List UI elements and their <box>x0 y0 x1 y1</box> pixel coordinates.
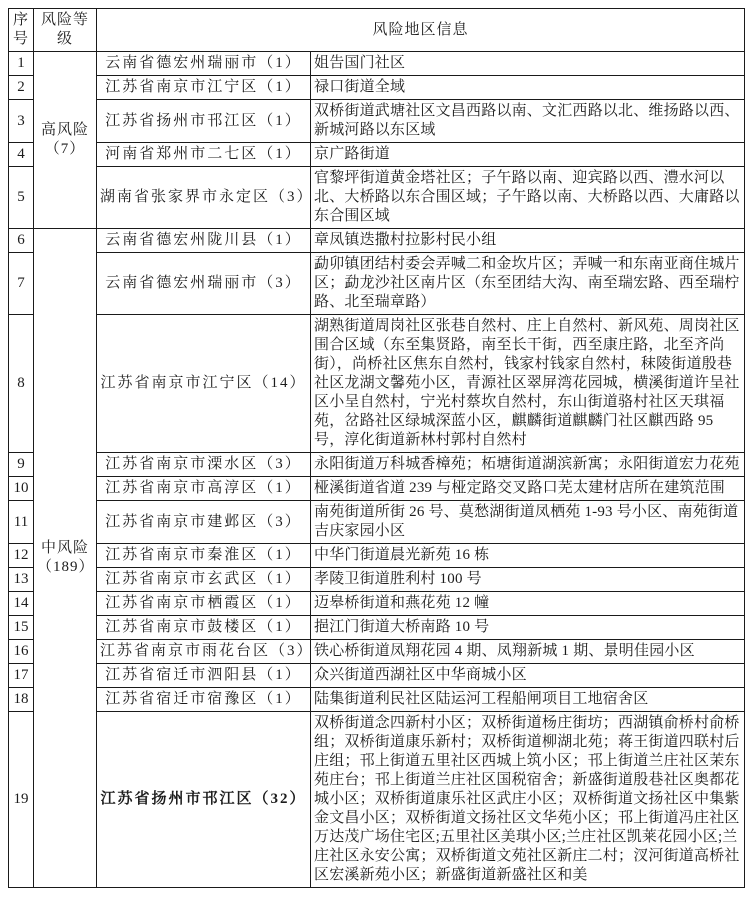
risk-area-detail-cell: 南苑街道所街 26 号、莫愁湖街道凤栖苑 1-93 号小区、南苑街道吉庆家园小区 <box>311 501 745 544</box>
risk-level-cell-mid: 中风险 （189） <box>34 229 97 888</box>
risk-area-detail-cell: 众兴街道西湖社区中华商城小区 <box>311 664 745 688</box>
serial-number-cell: 3 <box>9 100 34 143</box>
region-name-cell: 云南省德宏州陇川县（1） <box>97 229 311 253</box>
region-name-cell: 江苏省南京市雨花台区（3） <box>97 640 311 664</box>
table-row: 16江苏省南京市雨花台区（3）铁心桥街道凤翔花园 4 期、凤翔新城 1 期、景明… <box>9 640 745 664</box>
risk-area-detail-cell: 官黎坪街道黄金塔社区；子午路以南、迎宾路以西、澧水河以北、大桥路以东合围区域；子… <box>311 167 745 229</box>
risk-area-detail-cell: 湖熟街道周岗社区张巷自然村、庄上自然村、新风苑、周岗社区围合区域（东至集贤路，南… <box>311 315 745 453</box>
region-name-cell: 江苏省南京市高淳区（1） <box>97 477 311 501</box>
region-name-cell: 江苏省南京市江宁区（14） <box>97 315 311 453</box>
serial-number-cell: 6 <box>9 229 34 253</box>
risk-area-detail-cell: 陆集街道利民社区陆运河工程船闸项目工地宿舍区 <box>311 688 745 712</box>
table-row: 13江苏省南京市玄武区（1）孝陵卫街道胜利村 100 号 <box>9 568 745 592</box>
serial-number-cell: 12 <box>9 544 34 568</box>
region-name-cell: 云南省德宏州瑞丽市（3） <box>97 253 311 315</box>
header-risk-area-info: 风险地区信息 <box>97 9 745 52</box>
risk-area-detail-cell: 中华门街道晨光新苑 16 栋 <box>311 544 745 568</box>
risk-area-detail-cell: 禄口街道全域 <box>311 76 745 100</box>
risk-area-detail-cell: 孝陵卫街道胜利村 100 号 <box>311 568 745 592</box>
serial-number-cell: 19 <box>9 712 34 888</box>
risk-area-detail-cell: 挹江门街道大桥南路 10 号 <box>311 616 745 640</box>
serial-number-cell: 18 <box>9 688 34 712</box>
risk-area-detail-cell: 姐告国门社区 <box>311 52 745 76</box>
table-row: 18江苏省宿迁市宿豫区（1）陆集街道利民社区陆运河工程船闸项目工地宿舍区 <box>9 688 745 712</box>
serial-number-cell: 1 <box>9 52 34 76</box>
region-name-cell: 江苏省南京市鼓楼区（1） <box>97 616 311 640</box>
serial-number-cell: 10 <box>9 477 34 501</box>
region-name-cell: 江苏省南京市江宁区（1） <box>97 76 311 100</box>
serial-number-cell: 11 <box>9 501 34 544</box>
region-name-cell: 江苏省南京市栖霞区（1） <box>97 592 311 616</box>
table-row: 2江苏省南京市江宁区（1）禄口街道全域 <box>9 76 745 100</box>
serial-number-cell: 9 <box>9 453 34 477</box>
region-name-cell: 江苏省扬州市邗江区（1） <box>97 100 311 143</box>
serial-number-cell: 16 <box>9 640 34 664</box>
risk-area-table: 序号 风险等级 风险地区信息 1高风险 （7）云南省德宏州瑞丽市（1）姐告国门社… <box>8 8 745 888</box>
table-row: 9江苏省南京市溧水区（3）永阳街道万科城香樟苑；柘塘街道湖滨新寓；永阳街道宏力花… <box>9 453 745 477</box>
table-row: 12江苏省南京市秦淮区（1）中华门街道晨光新苑 16 栋 <box>9 544 745 568</box>
risk-area-detail-cell: 勐卯镇团结村委会弄喊二和金坎片区；弄喊一和东南亚商住城片区；勐龙沙社区南片区（东… <box>311 253 745 315</box>
table-row: 5湖南省张家界市永定区（3）官黎坪街道黄金塔社区；子午路以南、迎宾路以西、澧水河… <box>9 167 745 229</box>
region-name-cell: 湖南省张家界市永定区（3） <box>97 167 311 229</box>
serial-number-cell: 4 <box>9 143 34 167</box>
serial-number-cell: 2 <box>9 76 34 100</box>
risk-area-detail-cell: 双桥街道念四新村小区；双桥街道杨庄街坊；西湖镇俞桥村俞桥组；双桥街道康乐新村；双… <box>311 712 745 888</box>
table-row: 3江苏省扬州市邗江区（1）双桥街道武塘社区文昌西路以南、文汇西路以北、维扬路以西… <box>9 100 745 143</box>
table-row: 8江苏省南京市江宁区（14）湖熟街道周岗社区张巷自然村、庄上自然村、新风苑、周岗… <box>9 315 745 453</box>
table-row: 7云南省德宏州瑞丽市（3）勐卯镇团结村委会弄喊二和金坎片区；弄喊一和东南亚商住城… <box>9 253 745 315</box>
table-row: 15江苏省南京市鼓楼区（1）挹江门街道大桥南路 10 号 <box>9 616 745 640</box>
risk-area-detail-cell: 章凤镇迭撒村拉影村民小组 <box>311 229 745 253</box>
table-row: 17江苏省宿迁市泗阳县（1）众兴街道西湖社区中华商城小区 <box>9 664 745 688</box>
serial-number-cell: 8 <box>9 315 34 453</box>
region-name-cell: 江苏省南京市玄武区（1） <box>97 568 311 592</box>
region-name-cell: 江苏省南京市溧水区（3） <box>97 453 311 477</box>
header-serial-number: 序号 <box>9 9 34 52</box>
table-row: 19江苏省扬州市邗江区（32）双桥街道念四新村小区；双桥街道杨庄街坊；西湖镇俞桥… <box>9 712 745 888</box>
region-name-cell: 江苏省宿迁市宿豫区（1） <box>97 688 311 712</box>
table-header-row: 序号 风险等级 风险地区信息 <box>9 9 745 52</box>
region-name-cell: 江苏省扬州市邗江区（32） <box>97 712 311 888</box>
table-row: 14江苏省南京市栖霞区（1）迈皋桥街道和燕花苑 12 幢 <box>9 592 745 616</box>
risk-area-detail-cell: 桠溪街道省道 239 与桠定路交叉路口芜太建材店所在建筑范围 <box>311 477 745 501</box>
risk-area-detail-cell: 铁心桥街道凤翔花园 4 期、凤翔新城 1 期、景明佳园小区 <box>311 640 745 664</box>
serial-number-cell: 5 <box>9 167 34 229</box>
serial-number-cell: 17 <box>9 664 34 688</box>
region-name-cell: 江苏省宿迁市泗阳县（1） <box>97 664 311 688</box>
risk-area-detail-cell: 永阳街道万科城香樟苑；柘塘街道湖滨新寓；永阳街道宏力花苑 <box>311 453 745 477</box>
table-row: 10江苏省南京市高淳区（1）桠溪街道省道 239 与桠定路交叉路口芜太建材店所在… <box>9 477 745 501</box>
serial-number-cell: 13 <box>9 568 34 592</box>
table-row: 11江苏省南京市建邺区（3）南苑街道所街 26 号、莫愁湖街道凤栖苑 1-93 … <box>9 501 745 544</box>
region-name-cell: 江苏省南京市建邺区（3） <box>97 501 311 544</box>
risk-level-cell-high: 高风险 （7） <box>34 52 97 229</box>
risk-area-detail-cell: 京广路街道 <box>311 143 745 167</box>
risk-area-detail-cell: 双桥街道武塘社区文昌西路以南、文汇西路以北、维扬路以西、新城河路以东区域 <box>311 100 745 143</box>
serial-number-cell: 15 <box>9 616 34 640</box>
region-name-cell: 河南省郑州市二七区（1） <box>97 143 311 167</box>
table-row: 6中风险 （189）云南省德宏州陇川县（1）章凤镇迭撒村拉影村民小组 <box>9 229 745 253</box>
table-row: 4河南省郑州市二七区（1）京广路街道 <box>9 143 745 167</box>
region-name-cell: 云南省德宏州瑞丽市（1） <box>97 52 311 76</box>
serial-number-cell: 7 <box>9 253 34 315</box>
header-risk-level: 风险等级 <box>34 9 97 52</box>
risk-area-detail-cell: 迈皋桥街道和燕花苑 12 幢 <box>311 592 745 616</box>
table-body: 1高风险 （7）云南省德宏州瑞丽市（1）姐告国门社区2江苏省南京市江宁区（1）禄… <box>9 52 745 888</box>
serial-number-cell: 14 <box>9 592 34 616</box>
table-row: 1高风险 （7）云南省德宏州瑞丽市（1）姐告国门社区 <box>9 52 745 76</box>
risk-area-document-page: 序号 风险等级 风险地区信息 1高风险 （7）云南省德宏州瑞丽市（1）姐告国门社… <box>0 0 751 918</box>
region-name-cell: 江苏省南京市秦淮区（1） <box>97 544 311 568</box>
